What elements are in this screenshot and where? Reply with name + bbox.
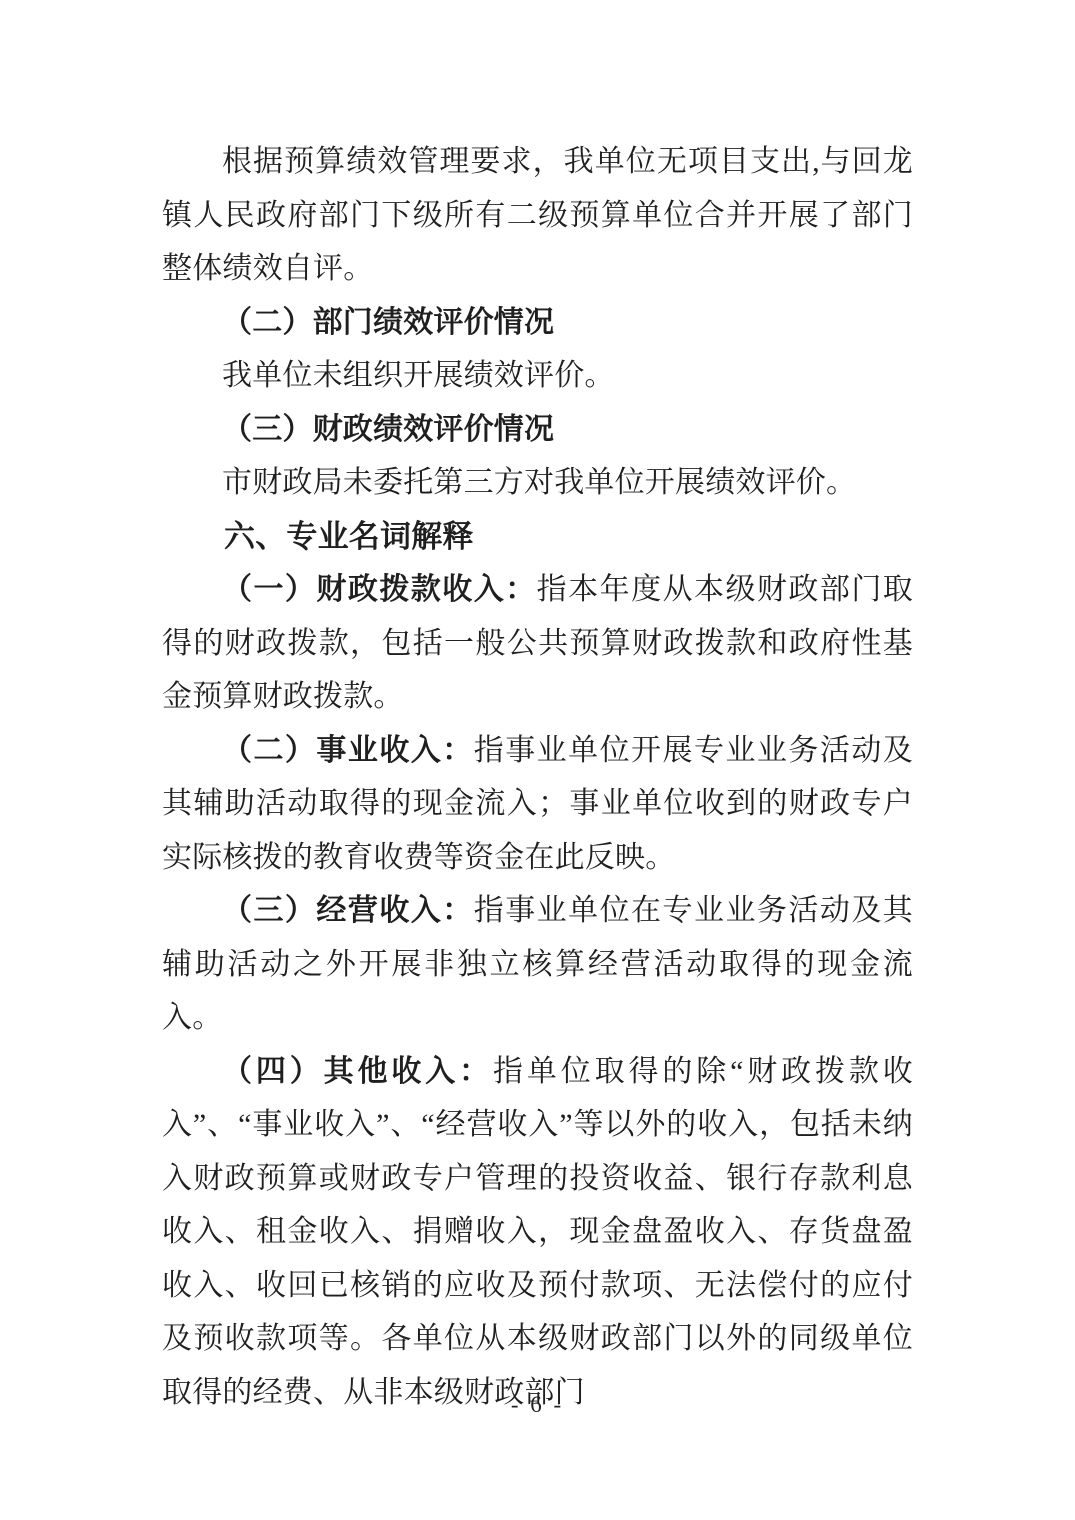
term-fiscal-appropriation-income: （一）财政拨款收入：指本年度从本级财政部门取得的财政拨款，包括一般公共预算财政拨…	[162, 563, 913, 724]
para-no-performance-evaluation: 我单位未组织开展绩效评价。	[162, 349, 913, 403]
term-other-income-lead: （四）其他收入：	[222, 1055, 493, 1088]
para-no-thirdparty-evaluation: 市财政局未委托第三方对我单位开展绩效评价。	[162, 456, 913, 510]
term-institution-income: （二）事业收入：指事业单位开展专业业务活动及其辅助活动取得的现金流入；事业单位收…	[162, 724, 913, 885]
term-operating-income-lead: （三）经营收入：	[222, 894, 474, 927]
heading-terms-glossary: 六、专业名词解释	[162, 510, 913, 564]
term-fiscal-appropriation-income-lead: （一）财政拨款收入：	[222, 573, 537, 606]
term-other-income: （四）其他收入：指单位取得的除“财政拨款收入”、“事业收入”、“经营收入”等以外…	[162, 1045, 913, 1420]
para-overall-performance-self-evaluation: 根据预算绩效管理要求，我单位无项目支出,与回龙镇人民政府部门下级所有二级预算单位…	[162, 135, 913, 296]
term-other-income-definition: 指单位取得的除“财政拨款收入”、“事业收入”、“经营收入”等以外的收入，包括未纳…	[162, 1055, 913, 1409]
heading-department-performance-evaluation: （二）部门绩效评价情况	[162, 296, 913, 350]
document-page: 根据预算绩效管理要求，我单位无项目支出,与回龙镇人民政府部门下级所有二级预算单位…	[0, 0, 1075, 1520]
term-institution-income-lead: （二）事业收入：	[222, 734, 474, 767]
heading-fiscal-performance-evaluation: （三）财政绩效评价情况	[162, 403, 913, 457]
page-number: - 6 -	[0, 1392, 1075, 1418]
document-content: 根据预算绩效管理要求，我单位无项目支出,与回龙镇人民政府部门下级所有二级预算单位…	[162, 135, 913, 1419]
term-operating-income: （三）经营收入：指事业单位在专业业务活动及其辅助活动之外开展非独立核算经营活动取…	[162, 884, 913, 1045]
